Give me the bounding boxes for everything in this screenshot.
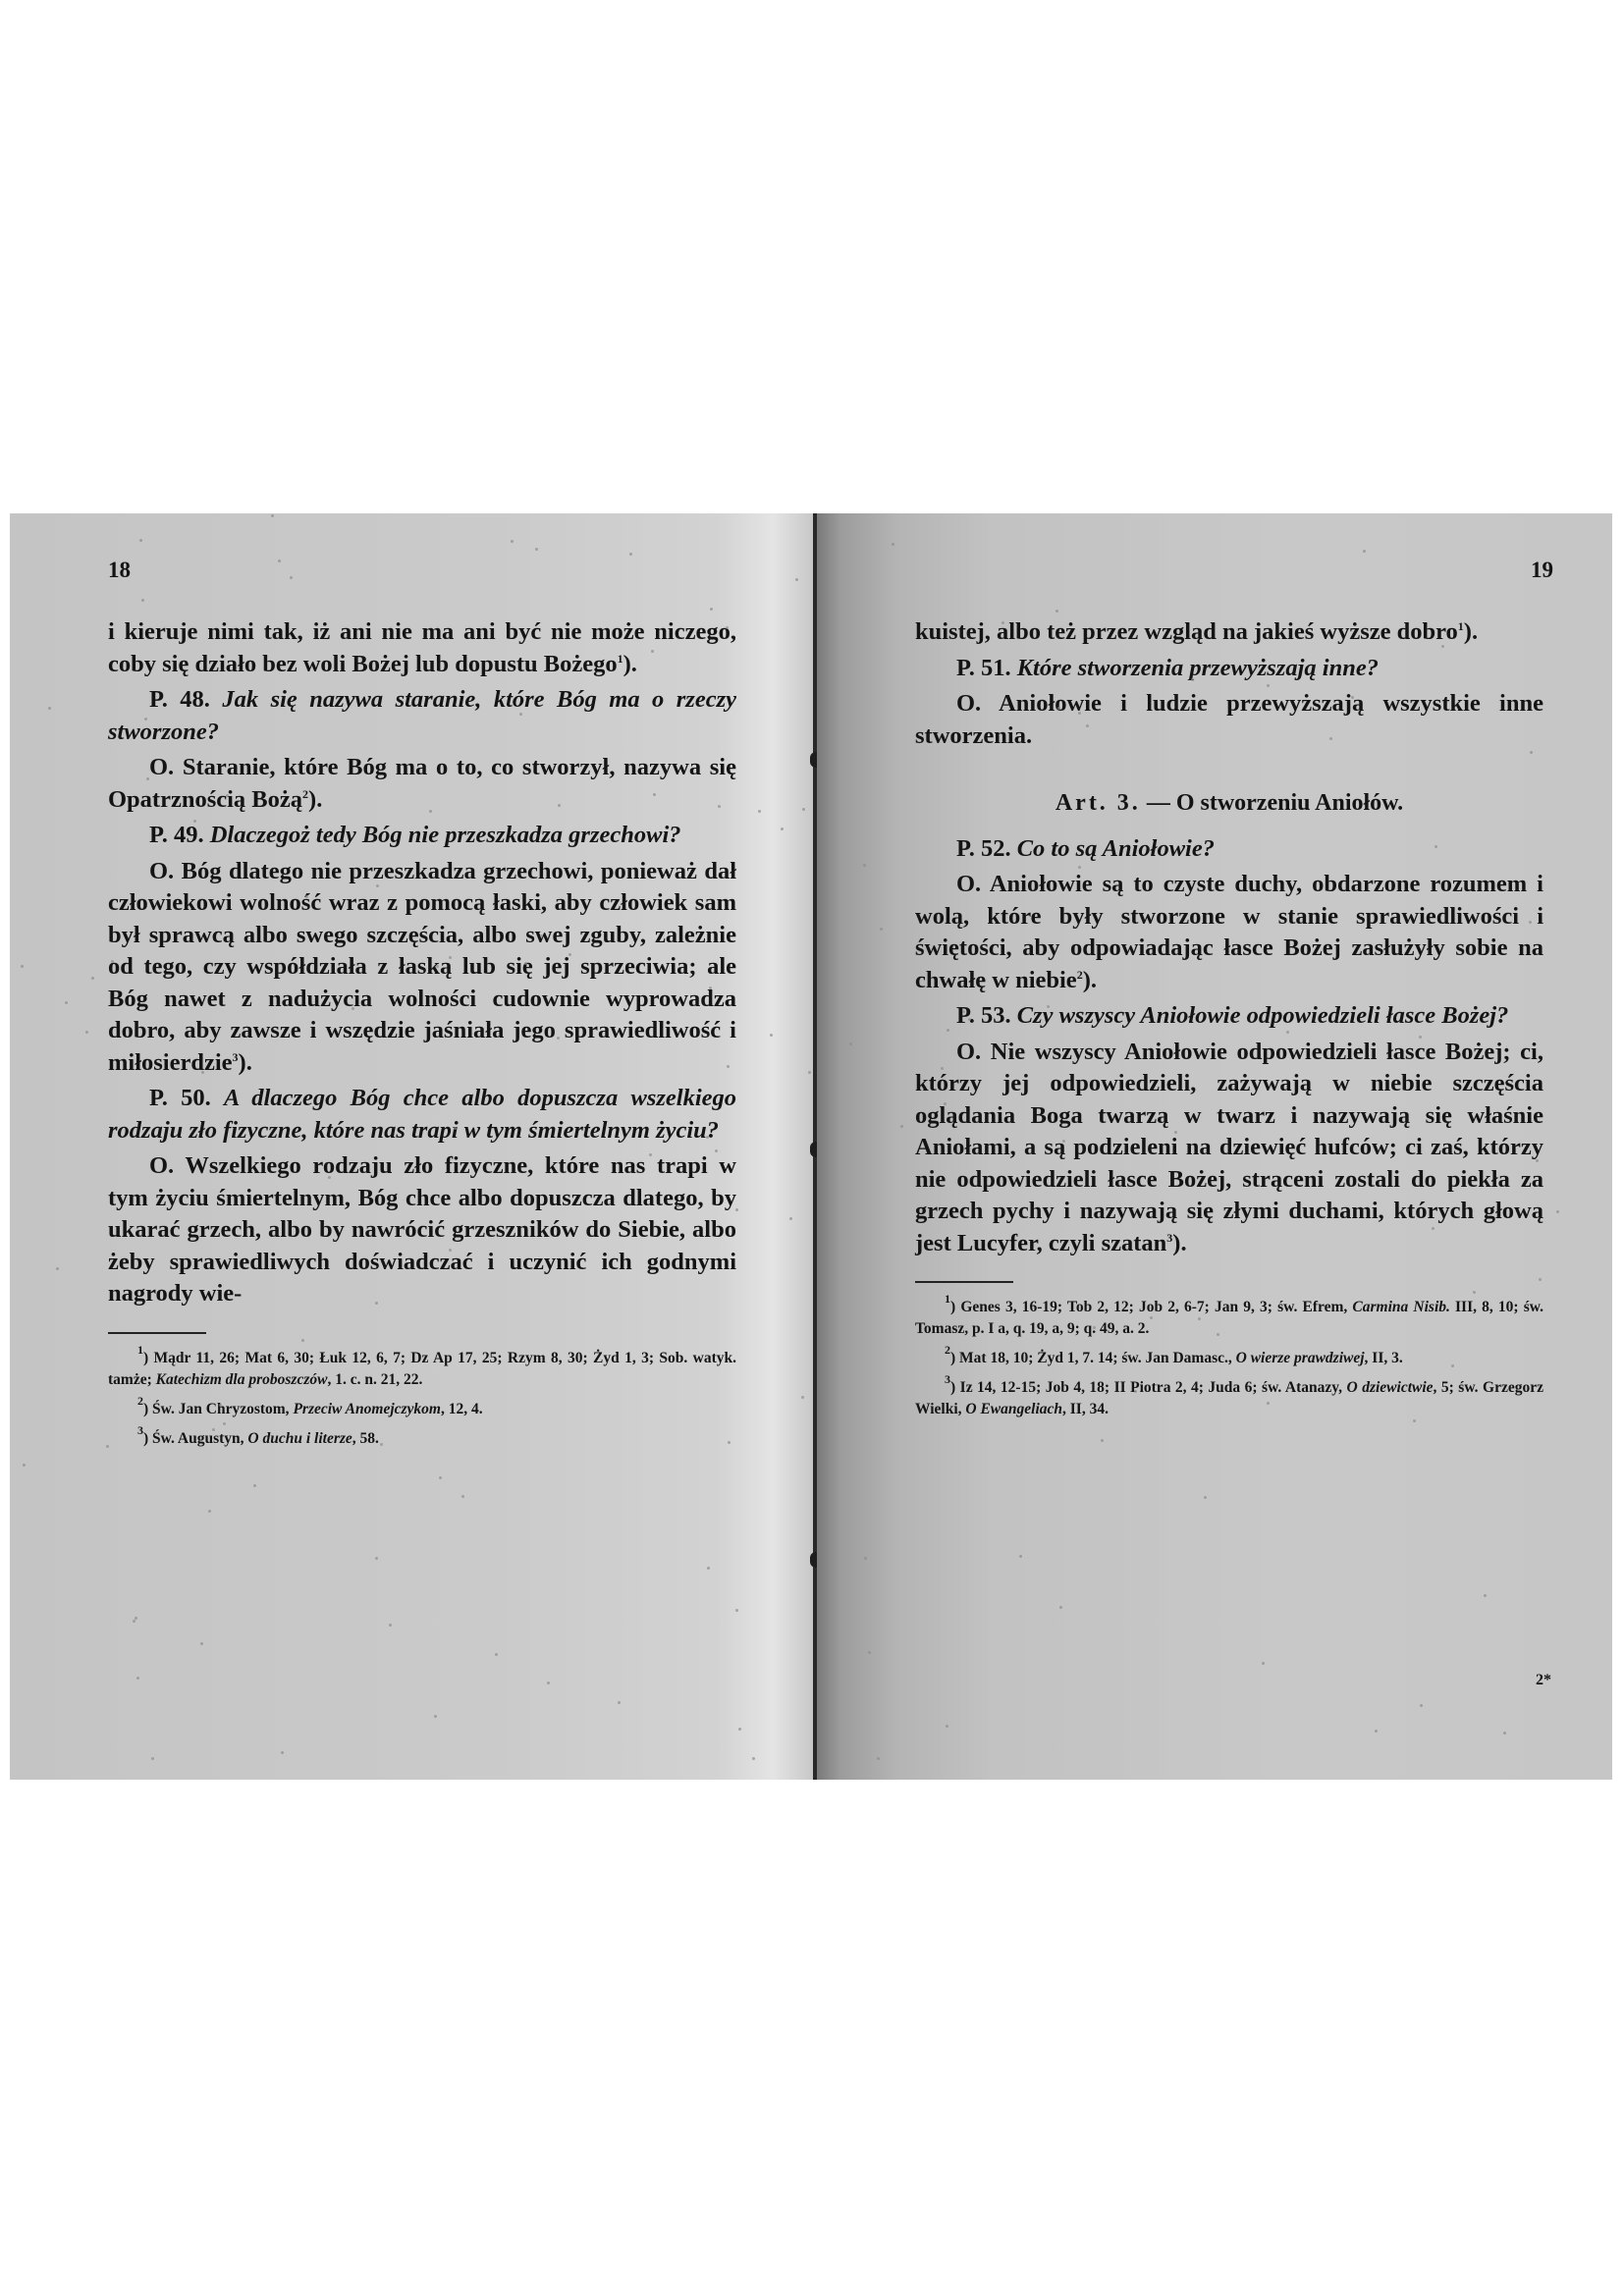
scan-speck: [802, 808, 805, 811]
footnote-mark: 2: [945, 1343, 950, 1357]
scan-speck: [900, 1125, 903, 1128]
scan-speck: [1059, 1606, 1062, 1609]
footnote-ref: 2: [1077, 968, 1083, 982]
citation-text: , II, 34.: [1062, 1401, 1109, 1417]
scan-speck: [56, 1267, 59, 1270]
scan-speck: [752, 1757, 755, 1760]
scan-speck: [1057, 707, 1060, 710]
scan-speck: [1536, 1159, 1539, 1162]
answer-text: Aniołowie i ludzie przewyższają wszystki…: [915, 690, 1543, 749]
scan-speck: [151, 1757, 154, 1760]
scan-speck: [738, 1728, 741, 1731]
scan-speck: [434, 1715, 437, 1718]
scan-speck: [1267, 1402, 1270, 1405]
answer-text: Wszelkiego rodzaju zło fizyczne, które n…: [108, 1152, 736, 1307]
scan-speck: [707, 1567, 710, 1570]
scan-speck: [1101, 1439, 1104, 1442]
scan-speck: [710, 608, 713, 611]
cited-title: O Ewangeliach: [965, 1401, 1062, 1417]
scan-speck: [511, 540, 514, 543]
question-label: P. 50.: [149, 1085, 224, 1111]
scan-speck: [946, 1725, 948, 1728]
scan-speck: [618, 1701, 621, 1704]
left-page: 18 i kieruje nimi tak, iż ani nie ma ani…: [10, 513, 813, 1780]
scan-speck: [892, 543, 894, 546]
citation-text: , II, 3.: [1365, 1350, 1403, 1366]
scan-speck: [146, 777, 149, 780]
answer-label: O.: [149, 754, 183, 780]
question-label: P. 51.: [956, 655, 1017, 681]
scan-speck: [301, 1339, 304, 1342]
scan-speck: [727, 1065, 730, 1068]
footnote-mark: 3: [137, 1423, 143, 1437]
scan-speck: [735, 1609, 738, 1612]
footnote-ref: 3: [1166, 1231, 1172, 1245]
scan-speck: [193, 820, 196, 823]
answer-label: O.: [956, 871, 990, 897]
scan-speck: [558, 804, 561, 807]
scan-speck: [139, 539, 142, 542]
scan-speck: [868, 1651, 871, 1654]
scan-speck: [781, 828, 784, 830]
scan-speck: [1363, 550, 1366, 553]
scan-speck: [1093, 1326, 1096, 1329]
scan-speck: [880, 928, 883, 931]
scan-speck: [278, 560, 281, 562]
scanned-book-spread: 18 i kieruje nimi tak, iż ani nie ma ani…: [10, 513, 1612, 1780]
continuation-paragraph: i kieruje nimi tak, iż ani nie ma ani by…: [108, 616, 736, 680]
scan-speck: [375, 1302, 378, 1305]
scan-speck: [328, 1176, 331, 1179]
scan-speck: [1001, 621, 1004, 624]
scan-speck: [726, 626, 729, 629]
footnote-ref: 3: [233, 1050, 239, 1064]
answer-paragraph: O. Aniołowie i ludzie przewyższają wszys…: [915, 688, 1543, 752]
right-page-text: kuistej, albo też przez wzgląd na jakieś…: [915, 616, 1543, 1428]
scan-speck: [706, 1136, 709, 1139]
scan-speck: [200, 1642, 203, 1645]
citation-text: Iz 14, 12-15; Job 4, 18; II Piotra 2, 4;…: [960, 1379, 1347, 1396]
footnote-ref: 2: [302, 787, 308, 801]
scan-speck: [1441, 645, 1444, 648]
scan-speck: [540, 934, 543, 937]
question-text: Dlaczegoż tedy Bóg nie przeszkadza grzec…: [210, 822, 681, 848]
question-label: P. 52.: [956, 835, 1017, 862]
scan-speck: [629, 553, 632, 556]
scan-speck: [1286, 1031, 1289, 1034]
scan-speck: [535, 548, 538, 551]
scan-speck: [1191, 678, 1194, 681]
cited-title: O wierze prawdziwej: [1236, 1350, 1365, 1366]
scan-speck: [1198, 1317, 1201, 1320]
scan-speck: [375, 1557, 378, 1560]
scan-speck: [436, 965, 439, 968]
answer-label: O.: [149, 1152, 185, 1179]
question-paragraph: P. 53. Czy wszyscy Aniołowie odpowiedzie…: [915, 1000, 1543, 1033]
scan-speck: [1503, 1732, 1506, 1735]
scan-speck: [1529, 921, 1532, 924]
scan-speck: [144, 718, 147, 721]
scan-speck: [1351, 696, 1354, 699]
scan-speck: [352, 1007, 354, 1010]
scan-speck: [208, 1510, 211, 1513]
answer-text: Aniołowie są to czyste duchy, obdarzone …: [915, 871, 1543, 993]
scan-speck: [941, 1067, 944, 1070]
scan-speck: [568, 953, 571, 956]
scan-speck: [770, 1034, 773, 1037]
scan-speck: [1432, 1227, 1435, 1230]
scan-speck: [1204, 1496, 1207, 1499]
scan-speck: [1217, 1333, 1219, 1336]
scan-speck: [290, 576, 293, 579]
citation-text: , 1. c. n. 21, 22.: [327, 1371, 422, 1388]
scan-speck: [65, 1001, 68, 1004]
scan-speck: [305, 895, 308, 898]
footnote-mark: 1: [137, 1343, 143, 1357]
scan-speck: [728, 1441, 731, 1444]
scan-speck: [1484, 1594, 1487, 1597]
scan-speck: [253, 1484, 256, 1487]
question-paragraph: P. 51. Które stworzenia przewyższają inn…: [915, 653, 1543, 685]
scan-speck: [735, 1208, 738, 1211]
scan-speck: [947, 1029, 949, 1032]
page-number-left: 18: [108, 558, 131, 583]
scan-speck: [281, 1751, 284, 1754]
scan-speck: [808, 1071, 811, 1074]
scan-speck: [1056, 610, 1058, 613]
scan-speck: [1078, 866, 1081, 869]
scan-speck: [1413, 1419, 1416, 1422]
cited-title: Katechizm dla proboszczów: [156, 1371, 328, 1388]
scan-speck: [863, 864, 866, 867]
scan-speck: [23, 1464, 26, 1467]
scan-speck: [271, 514, 274, 517]
question-paragraph: P. 50. A dlaczego Bóg chce albo dopuszcz…: [108, 1083, 736, 1147]
page-number-right: 19: [1531, 558, 1553, 583]
footnote: 2) Mat 18, 10; Żyd 1, 7. 14; św. Jan Dam…: [915, 1348, 1543, 1369]
scan-speck: [439, 1476, 442, 1479]
citation-text: , 12, 4.: [441, 1401, 483, 1417]
left-page-text: i kieruje nimi tak, iż ani nie ma ani by…: [108, 616, 736, 1458]
citation-text: Św. Augustyn,: [152, 1430, 247, 1447]
scan-speck: [449, 1249, 452, 1252]
citation-text: Mat 18, 10; Żyd 1, 7. 14; św. Jan Damasc…: [959, 1350, 1236, 1366]
scan-speck: [715, 1149, 718, 1152]
scan-speck: [1019, 1555, 1022, 1558]
cited-title: O duchu i literze: [247, 1430, 352, 1447]
answer-text: Bóg dlatego nie przeszkadza grzechowi, p…: [108, 858, 736, 1076]
scan-speck: [1047, 1005, 1050, 1008]
scan-speck: [219, 1404, 222, 1407]
scan-speck: [1086, 724, 1089, 727]
scan-speck: [223, 1422, 226, 1425]
answer-paragraph: O. Wszelkiego rodzaju zło fizyczne, któr…: [108, 1150, 736, 1310]
scan-speck: [389, 1624, 392, 1627]
scan-speck: [944, 1102, 947, 1105]
scan-speck: [962, 1010, 965, 1013]
scan-speck: [201, 1071, 204, 1074]
scan-speck: [1150, 1316, 1153, 1319]
footnote-mark: 1: [945, 1292, 950, 1306]
scan-speck: [461, 1495, 464, 1498]
scan-speck: [795, 578, 798, 581]
cited-title: Przeciw Anomejczykom: [293, 1401, 441, 1417]
scan-speck: [136, 1677, 139, 1680]
scan-speck: [48, 707, 51, 710]
scan-speck: [141, 599, 144, 602]
section-heading: Art. 3. — O stworzeniu Aniołów.: [915, 787, 1543, 820]
article-label: Art. 3.: [1056, 790, 1141, 816]
scan-speck: [864, 1557, 867, 1560]
cited-title: O dziewictwie: [1347, 1379, 1434, 1396]
scan-speck: [1435, 845, 1437, 848]
footnote: 1) Genes 3, 16-19; Tob 2, 12; Job 2, 6-7…: [915, 1297, 1543, 1340]
scan-speck: [106, 1445, 109, 1448]
scan-speck: [651, 650, 654, 653]
scan-speck: [212, 1428, 215, 1431]
footnotes: 1) Genes 3, 16-19; Tob 2, 12; Job 2, 6-7…: [915, 1297, 1543, 1420]
scan-speck: [1262, 1662, 1265, 1665]
question-text: Czy wszyscy Aniołowie odpowiedzieli łasc…: [1017, 1002, 1509, 1029]
footnote-ref: 1: [1458, 619, 1464, 633]
answer-paragraph: O. Aniołowie są to czyste duchy, obdarzo…: [915, 869, 1543, 996]
scan-speck: [1420, 1704, 1423, 1707]
scan-speck: [557, 1037, 560, 1040]
footnote-mark: 2: [137, 1394, 143, 1408]
scan-speck: [1451, 1364, 1454, 1367]
scan-speck: [495, 1653, 498, 1656]
footnote-ref: 1: [618, 652, 623, 666]
scan-speck: [85, 1031, 88, 1034]
cited-title: Carmina Nisib.: [1352, 1299, 1449, 1315]
scan-speck: [1267, 684, 1270, 687]
scan-speck: [547, 1682, 550, 1684]
scan-speck: [677, 1204, 679, 1207]
scan-speck: [849, 1042, 852, 1045]
continuation-text: i kieruje nimi tak, iż ani nie ma ani by…: [108, 618, 736, 677]
scan-speck: [524, 962, 527, 965]
scan-speck: [718, 805, 721, 808]
scan-speck: [133, 1620, 135, 1623]
scan-speck: [449, 956, 452, 959]
footnote: 2) Św. Jan Chryzostom, Przeciw Anomejczy…: [108, 1399, 736, 1420]
scan-speck: [376, 884, 379, 887]
answer-label: O.: [956, 1039, 991, 1065]
scan-speck: [429, 810, 432, 813]
printer-signature-mark: 2*: [1536, 1672, 1551, 1689]
scan-speck: [380, 1443, 383, 1446]
scan-speck: [1375, 1730, 1378, 1733]
footnote-rule: [108, 1332, 206, 1334]
scan-speck: [1329, 737, 1332, 740]
scan-speck: [649, 1153, 652, 1156]
scan-speck: [519, 713, 522, 716]
footnote: 3) Iz 14, 12-15; Job 4, 18; II Piotra 2,…: [915, 1377, 1543, 1420]
footnotes: 1) Mądr 11, 26; Mat 6, 30; Łuk 12, 6, 7;…: [108, 1348, 736, 1450]
scan-speck: [1539, 1278, 1542, 1281]
answer-label: O.: [956, 690, 999, 717]
scan-speck: [111, 960, 114, 963]
question-paragraph: P. 52. Co to są Aniołowie?: [915, 833, 1543, 866]
scan-speck: [1419, 1036, 1422, 1039]
scan-speck: [1062, 1140, 1065, 1143]
answer-paragraph: O. Nie wszyscy Aniołowie odpowiedzieli ł…: [915, 1037, 1543, 1260]
scan-speck: [226, 794, 229, 797]
citation-text: Genes 3, 16-19; Tob 2, 12; Job 2, 6-7; J…: [960, 1299, 1352, 1315]
scan-speck: [789, 1217, 792, 1220]
scan-speck: [968, 1018, 971, 1021]
scan-speck: [709, 987, 712, 989]
scan-speck: [877, 1757, 880, 1760]
footnote: 3) Św. Augustyn, O duchu i literze, 58.: [108, 1428, 736, 1450]
question-text: Co to są Aniołowie?: [1017, 835, 1215, 862]
question-paragraph: P. 48. Jak się nazywa staranie, które Bó…: [108, 684, 736, 748]
question-label: P. 49.: [149, 822, 210, 848]
question-label: P. 53.: [956, 1002, 1017, 1029]
scan-speck: [454, 1127, 457, 1130]
continuation-text: kuistej, albo też przez wzgląd na jakieś…: [915, 618, 1458, 645]
question-label: P. 48.: [149, 686, 222, 713]
scan-speck: [1078, 712, 1081, 715]
answer-text: Nie wszyscy Aniołowie odpowiedzieli łasc…: [915, 1039, 1543, 1256]
footnote-rule: [915, 1281, 1013, 1283]
answer-text: Staranie, które Bóg ma o to, co stworzył…: [108, 754, 736, 813]
scan-speck: [801, 1396, 804, 1399]
footnote: 1) Mądr 11, 26; Mat 6, 30; Łuk 12, 6, 7;…: [108, 1348, 736, 1391]
question-text: Które stworzenia przewyższają inne?: [1017, 655, 1379, 681]
scan-speck: [1134, 1390, 1137, 1393]
continuation-paragraph: kuistej, albo też przez wzgląd na jakieś…: [915, 616, 1543, 649]
scan-speck: [1530, 751, 1533, 754]
question-paragraph: P. 49. Dlaczegoż tedy Bóg nie przeszkadz…: [108, 820, 736, 852]
answer-paragraph: O. Staranie, które Bóg ma o to, co stwor…: [108, 752, 736, 816]
right-page: 19 kuistej, albo też przez wzgląd na jak…: [817, 513, 1612, 1780]
scan-speck: [21, 965, 24, 968]
footnote-mark: 3: [945, 1372, 950, 1386]
scan-speck: [1473, 1291, 1476, 1294]
answer-label: O.: [149, 858, 182, 884]
scan-speck: [1174, 1131, 1177, 1134]
answer-paragraph: O. Bóg dlatego nie przeszkadza grzechowi…: [108, 856, 736, 1080]
scan-speck: [1556, 1210, 1559, 1213]
citation-text: , 58.: [352, 1430, 379, 1447]
scan-speck: [653, 793, 656, 796]
citation-text: Św. Jan Chryzostom,: [152, 1401, 293, 1417]
scan-speck: [91, 977, 94, 980]
scan-speck: [758, 810, 761, 813]
